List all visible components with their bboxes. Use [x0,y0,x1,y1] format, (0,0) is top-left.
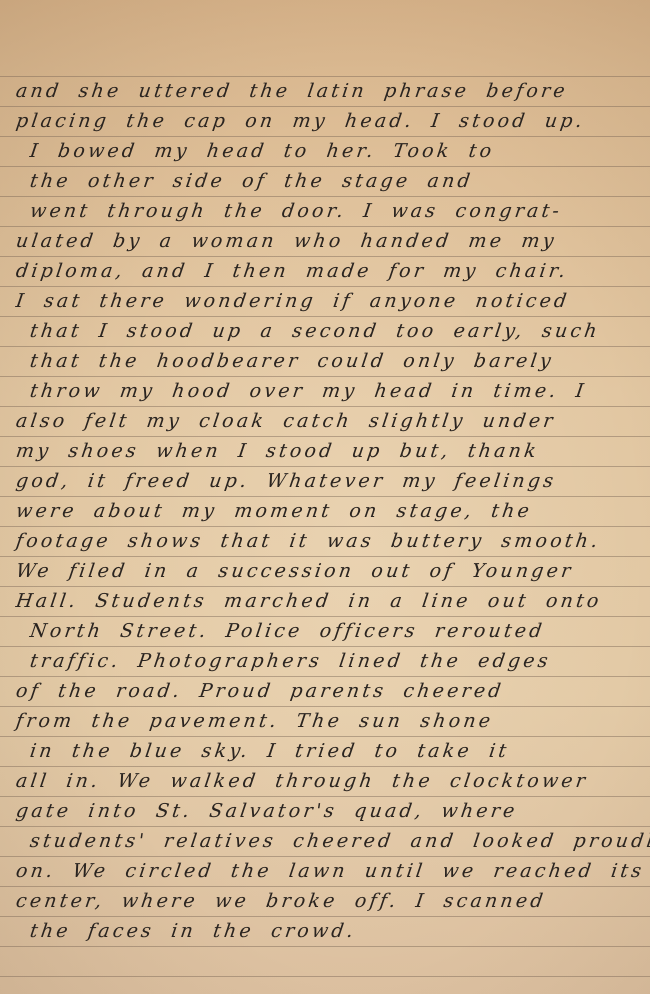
notebook-page: and she uttered the latin phrase before … [0,0,650,994]
text-line: from the pavement. The sun shone [14,706,646,736]
text-line: Hall. Students marched in a line out ont… [14,586,646,616]
text-line: god, it freed up. Whatever my feelings [14,466,646,496]
text-line: students' relatives cheered and looked p… [28,826,646,856]
text-line: the faces in the crowd. [28,916,646,946]
text-line: gate into St. Salvator's quad, where [14,796,646,826]
text-line: I bowed my head to her. Took to [28,136,646,166]
text-line: ulated by a woman who handed me my [14,226,646,256]
text-line: center, where we broke off. I scanned [14,886,646,916]
text-line: in the blue sky. I tried to take it [28,736,646,766]
text-line: I sat there wondering if anyone noticed [14,286,646,316]
text-line: placing the cap on my head. I stood up. [14,106,646,136]
text-line: were about my moment on stage, the [14,496,646,526]
text-line: throw my hood over my head in time. I [28,376,646,406]
text-line: my shoes when I stood up but, thank [14,436,646,466]
text-line: the other side of the stage and [28,166,646,196]
text-line: We filed in a succession out of Younger [14,556,646,586]
text-line: traffic. Photographers lined the edges [28,646,646,676]
text-line: footage shows that it was buttery smooth… [14,526,646,556]
text-line: and she uttered the latin phrase before [14,76,646,106]
text-line: went through the door. I was congrat- [28,196,646,226]
text-line: that I stood up a second too early, such [28,316,646,346]
text-line: on. We circled the lawn until we reached… [14,856,646,886]
text-line: that the hoodbearer could only barely [28,346,646,376]
text-line: North Street. Police officers rerouted [28,616,646,646]
ruled-line [0,946,650,947]
text-line: all in. We walked through the clocktower [14,766,646,796]
text-line: diploma, and I then made for my chair. [14,256,646,286]
ruled-line [0,976,650,977]
text-line: of the road. Proud parents cheered [14,676,646,706]
text-line: also felt my cloak catch slightly under [14,406,646,436]
